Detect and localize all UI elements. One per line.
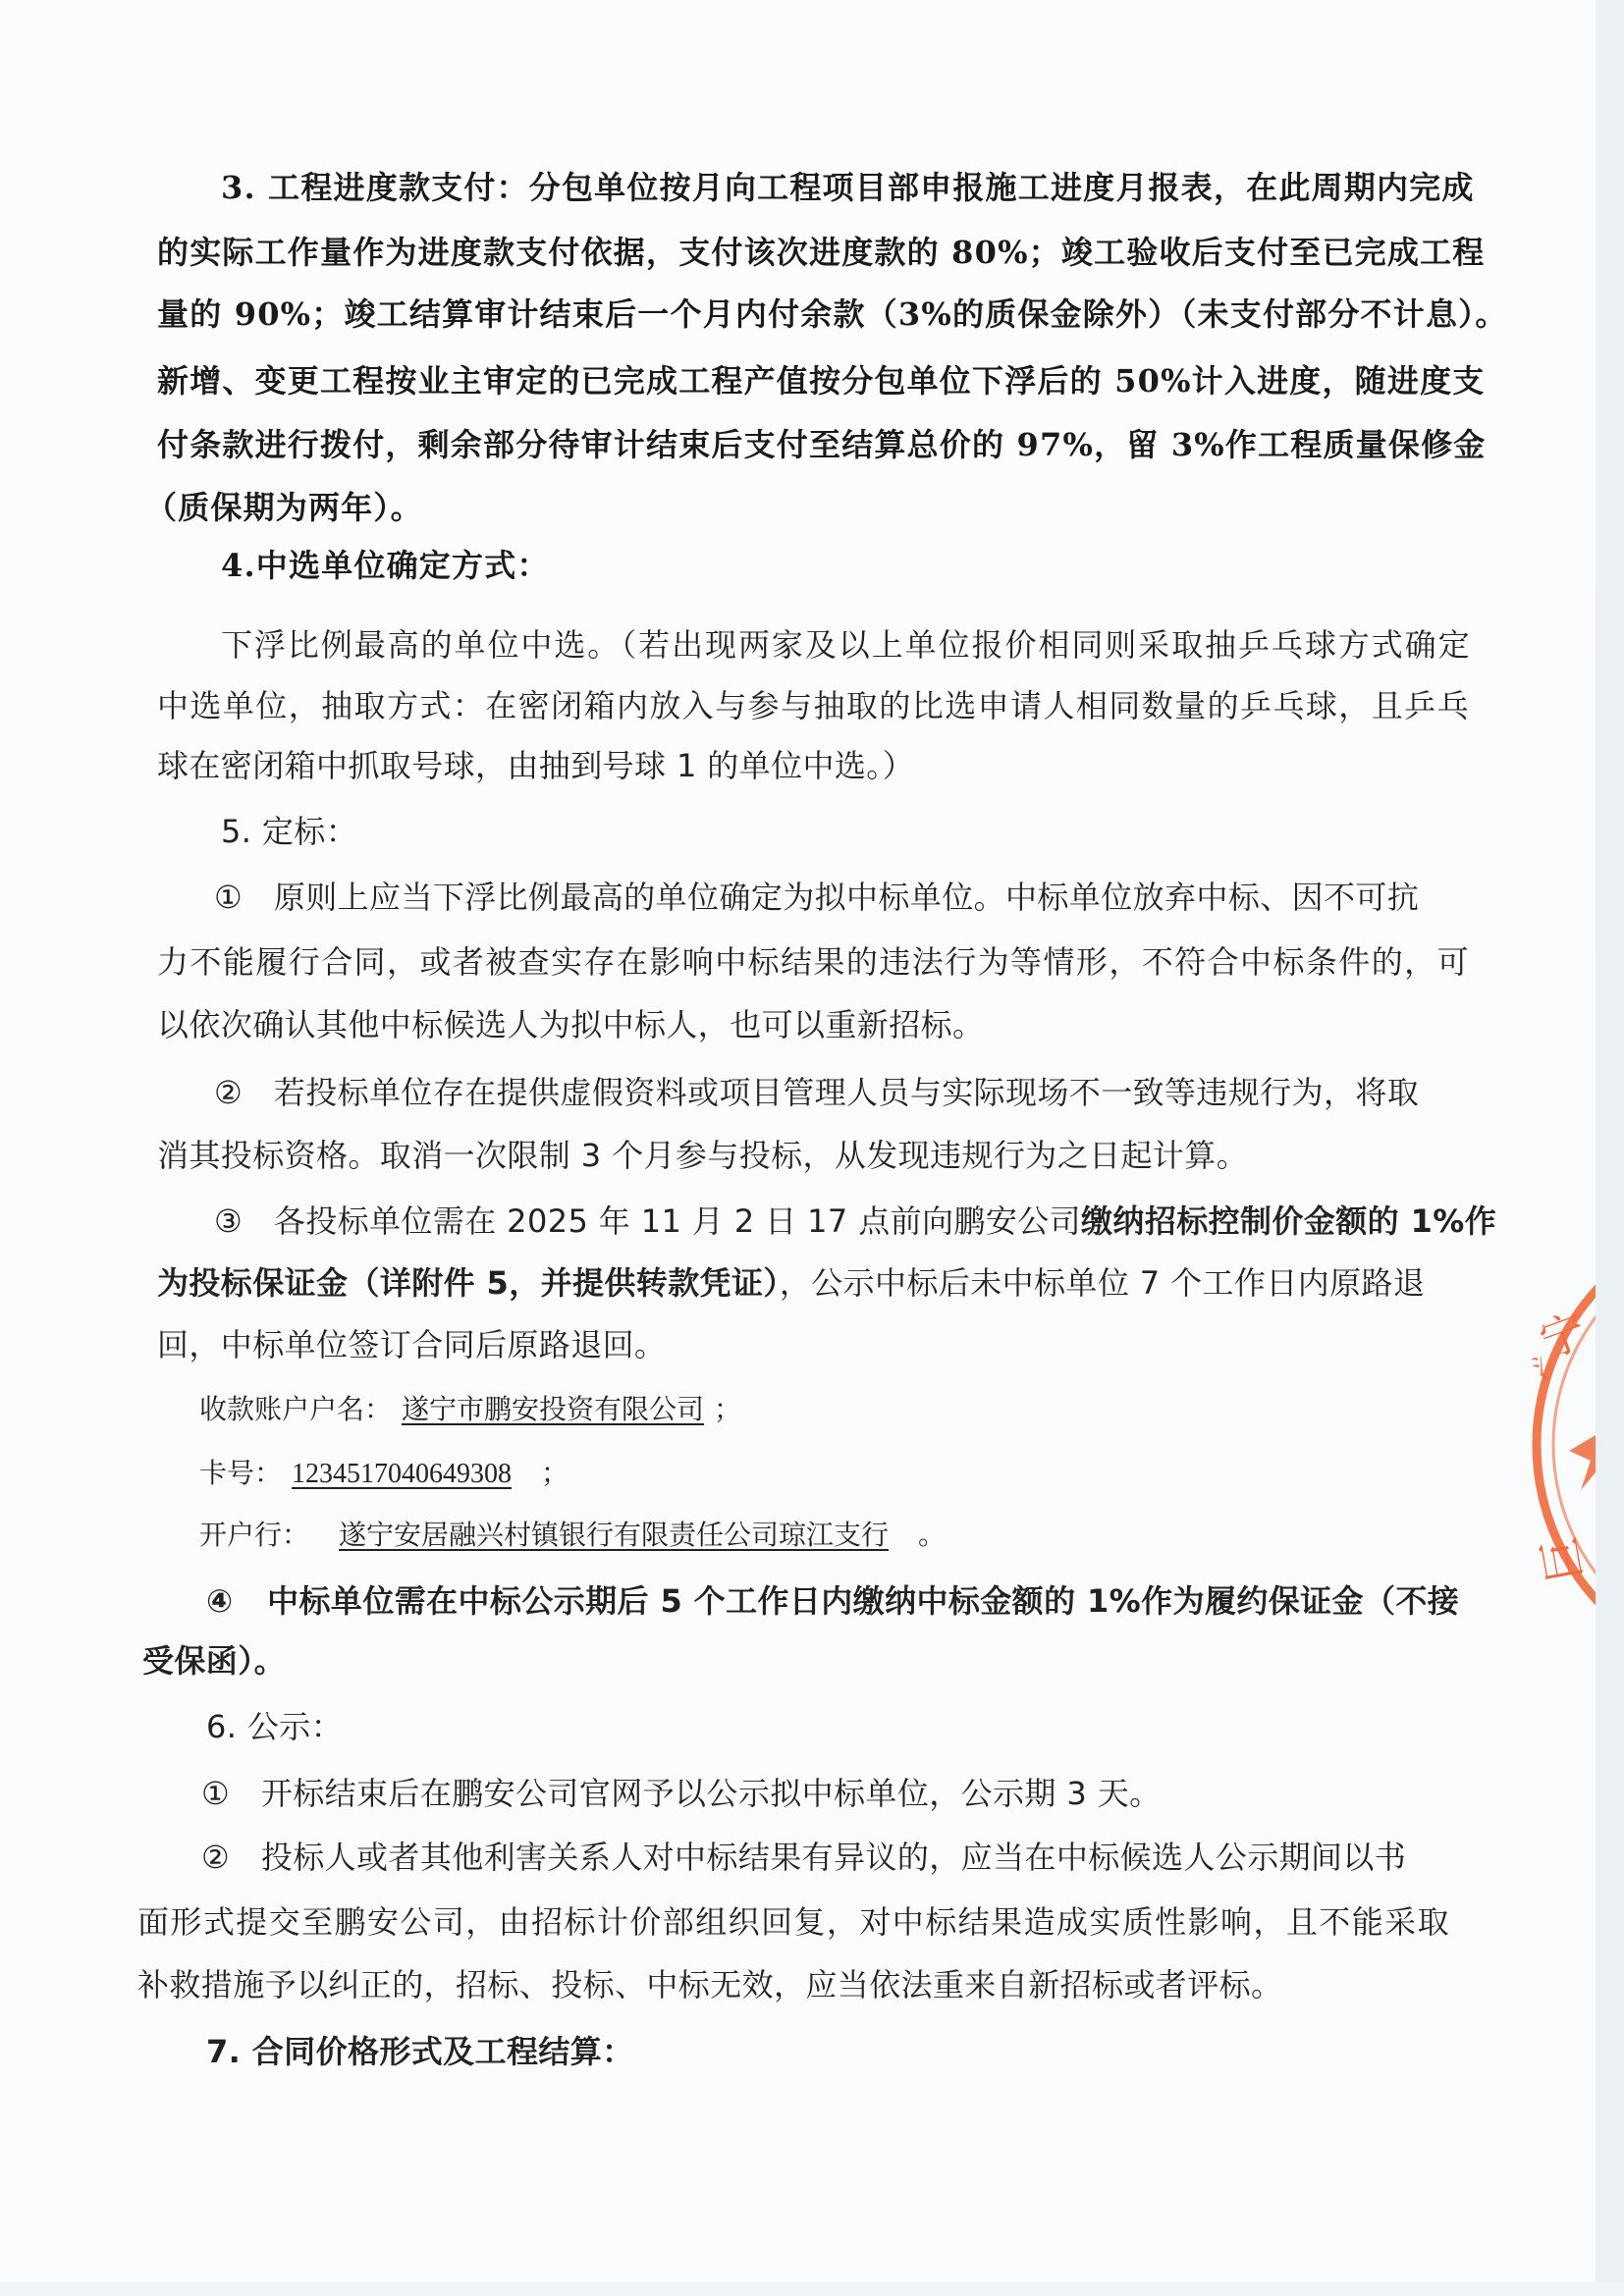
- account-bank-end: 。: [918, 1519, 946, 1551]
- account-card-value: 1234517040649308: [282, 1459, 541, 1489]
- account-name-value: 遂宁市鹏安投资有限公司: [392, 1393, 714, 1425]
- account-card-label: 卡号：: [199, 1457, 282, 1489]
- section-6-item-2-line-2: 面形式提交至鹏安公司，由招标计价部组织回复，对中标结果造成实质性影响，且不能采取: [137, 1902, 1449, 1942]
- account-card-row: 卡号：1234517040649308；: [199, 1456, 568, 1492]
- page-edge-strip: [1596, 0, 1624, 2296]
- section-5-item-1-line-1: ① 原则上应当下浮比例最高的单位确定为拟中标单位。中标单位放弃中标、因不可抗: [214, 878, 1473, 917]
- account-name-row: 收款账户户名：遂宁市鹏安投资有限公司；: [199, 1392, 741, 1427]
- item-text: 投标人或者其他利害关系人对中标结果有异议的，应当在中标候选人公示期间以书: [261, 1839, 1406, 1876]
- section-7-heading: 7. 合同价格形式及工程结算：: [206, 2032, 1522, 2071]
- item-text-bold: 缴纳招标控制价金额的 1%作: [1081, 1202, 1496, 1240]
- account-bank-label: 开户行：: [199, 1519, 309, 1551]
- account-bank-row: 开户行：遂宁安居融兴村镇银行有限责任公司琼江支行。: [199, 1518, 946, 1553]
- section-3-line-6: （质保期为两年）。: [145, 488, 1461, 527]
- item-marker: ②: [214, 1074, 243, 1111]
- account-name-end: ；: [714, 1393, 741, 1425]
- section-4-line-2: 中选单位，抽取方式：在密闭箱内放入与参与抽取的比选申请人相同数量的乒乓球，且乒乓: [157, 686, 1469, 725]
- official-seal-stamp: 宁 氵 巨: [1512, 1266, 1596, 1629]
- section-3-line-2: 的实际工作量作为进度款支付依据，支付该次进度款的 80%；竣工验收后支付至已完成…: [157, 233, 1469, 272]
- section-5-item-1-line-2: 力不能履行合同，或者被查实存在影响中标结果的违法行为等情形，不符合中标条件的，可: [157, 942, 1469, 982]
- section-6-heading: 6. 公示：: [206, 1707, 1522, 1746]
- section-4-line-1: 下浮比例最高的单位中选。（若出现两家及以上单位报价相同则采取抽乒乓球方式确定: [221, 625, 1470, 665]
- section-3-line-1: 3. 工程进度款支付：分包单位按月向工程项目部申报施工进度月报表，在此周期内完成: [221, 168, 1470, 207]
- account-card-end: ；: [541, 1457, 568, 1489]
- seal-icon: 宁 氵 巨: [1512, 1266, 1596, 1629]
- section-6-item-2-line-1: ② 投标人或者其他利害关系人对中标结果有异议的，应当在中标候选人公示期间以书: [201, 1838, 1468, 1877]
- section-4-heading: 4.中选单位确定方式：: [221, 546, 1537, 585]
- item-text: 开标结束后在鹏安公司官网予以公示拟中标单位，公示期 3 天。: [261, 1775, 1162, 1812]
- section-6-item-1-line-1: ① 开标结束后在鹏安公司官网予以公示拟中标单位，公示期 3 天。: [201, 1774, 1468, 1813]
- svg-text:巨: 巨: [1533, 1533, 1593, 1587]
- section-6-item-2-line-3: 补救措施予以纠正的，招标、投标、中标无效，应当依法重来自新招标或者评标。: [137, 1965, 1453, 2004]
- section-3-line-3: 量的 90%；竣工结算审计结束后一个月内付余款（3%的质保金除外）（未支付部分不…: [157, 294, 1469, 334]
- section-3-line-4: 新增、变更工程按业主审定的已完成工程产值按分包单位下浮后的 50%计入进度，随进…: [157, 361, 1469, 400]
- item-text: 原则上应当下浮比例最高的单位确定为拟中标单位。中标单位放弃中标、因不可抗: [274, 879, 1419, 916]
- section-3-line-5: 付条款进行拨付，剩余部分待审计结束后支付至结算总价的 97%，留 3%作工程质量…: [157, 425, 1469, 464]
- item-marker: ④: [206, 1582, 234, 1620]
- item-marker: ②: [201, 1839, 230, 1876]
- section-5-item-3-line-2: 为投标保证金（详附件 5，并提供转款凭证），公示中标后未中标单位 7 个工作日内…: [157, 1263, 1473, 1303]
- section-4-line-3: 球在密闭箱中抓取号球，由抽到号球 1 的单位中选。）: [157, 746, 1473, 785]
- item-text-plain: ，公示中标后未中标单位 7 个工作日内原路退: [780, 1264, 1426, 1302]
- item-marker: ③: [214, 1202, 243, 1240]
- account-bank-value: 遂宁安居融兴村镇银行有限责任公司琼江支行: [309, 1519, 918, 1551]
- item-text-plain: 各投标单位需在 2025 年 11 月 2 日 17 点前向鹏安公司: [274, 1202, 1081, 1240]
- section-5-item-2-line-1: ② 若投标单位存在提供虚假资料或项目管理人员与实际现场不一致等违规行为，将取: [214, 1073, 1473, 1112]
- section-5-item-1-line-3: 以依次确认其他中标候选人为拟中标人，也可以重新招标。: [157, 1005, 1473, 1044]
- section-5-item-4-line-1: ④ 中标单位需在中标公示期后 5 个工作日内缴纳中标金额的 1%作为履约保证金（…: [206, 1581, 1473, 1621]
- item-text: 中标单位需在中标公示期后 5 个工作日内缴纳中标金额的 1%作为履约保证金（不接: [267, 1582, 1459, 1620]
- account-name-label: 收款账户户名：: [199, 1393, 392, 1425]
- item-marker: ①: [201, 1775, 230, 1812]
- section-5-item-2-line-2: 消其投标资格。取消一次限制 3 个月参与投标，从发现违规行为之日起计算。: [157, 1136, 1473, 1175]
- item-text-bold: 为投标保证金（详附件 5，并提供转款凭证）: [157, 1264, 780, 1302]
- item-marker: ①: [214, 879, 243, 916]
- section-5-item-3-line-1: ③ 各投标单位需在 2025 年 11 月 2 日 17 点前向鹏安公司缴纳招标…: [214, 1201, 1473, 1241]
- page-bottom-strip: [0, 2282, 1624, 2296]
- section-5-item-3-line-3: 回，中标单位签订合同后原路退回。: [157, 1325, 1473, 1364]
- section-5-item-4-line-2: 受保函）。: [142, 1641, 1458, 1681]
- item-text: 若投标单位存在提供虚假资料或项目管理人员与实际现场不一致等违规行为，将取: [274, 1074, 1419, 1111]
- section-5-heading: 5. 定标：: [221, 812, 1537, 851]
